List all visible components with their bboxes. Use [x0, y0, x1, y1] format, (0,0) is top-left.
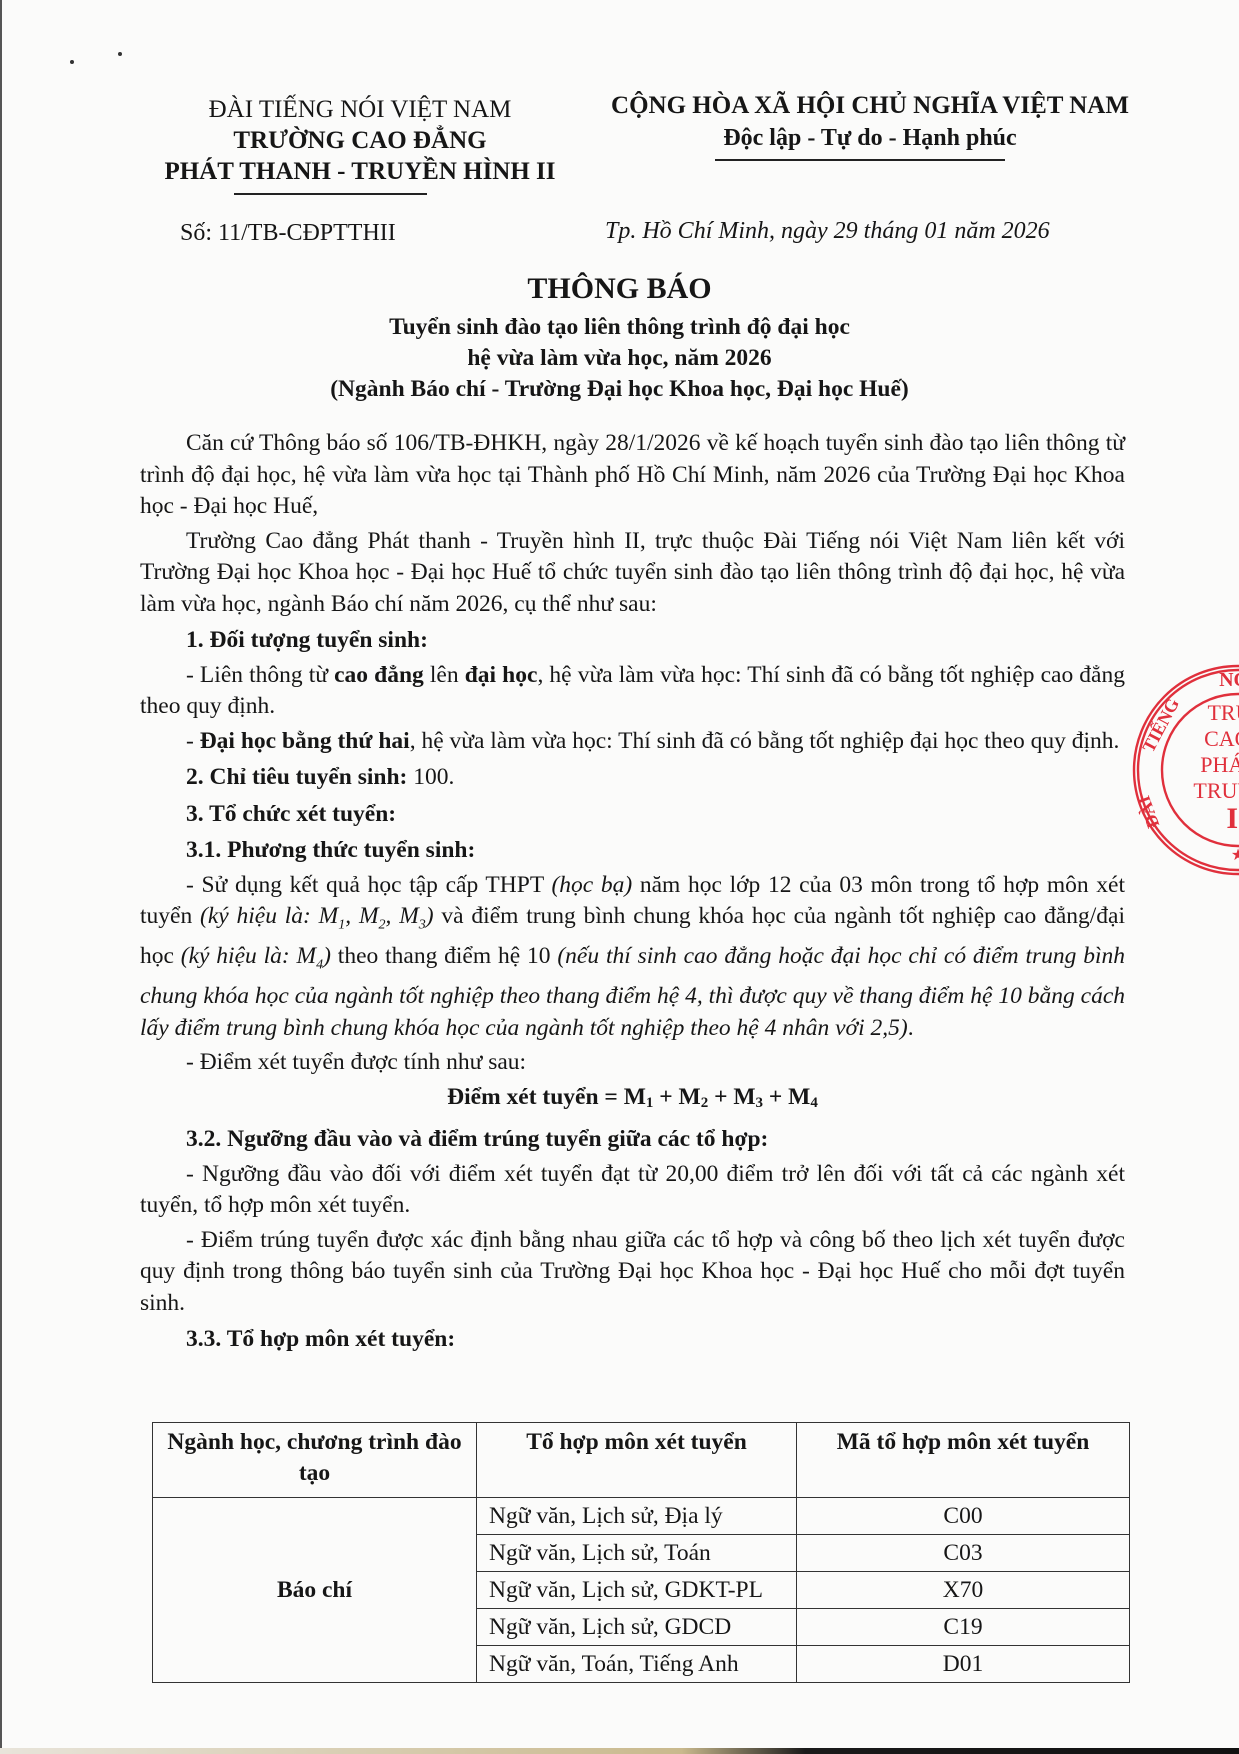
text-italic: (ký hiệu là: M4): [181, 943, 331, 969]
score-formula: Điểm xét tuyển = M1 + M2 + M3 + M4: [140, 1082, 1125, 1120]
document-subtitle: Tuyển sinh đào tạo liên thông trình độ đ…: [0, 312, 1239, 405]
national-title: CỘNG HÒA XÃ HỘI CHỦ NGHĨA VIỆT NAM: [570, 90, 1170, 122]
document-body: Căn cứ Thông báo số 106/TB-ĐHKH, ngày 28…: [140, 428, 1125, 1356]
table-row: Báo chíNgữ văn, Lịch sử, Địa lýC00: [153, 1498, 1130, 1535]
text: -: [186, 728, 200, 754]
code-cell: C03: [797, 1535, 1130, 1572]
subjects-cell: Ngữ văn, Lịch sử, GDKT-PL: [477, 1572, 797, 1609]
section-2-heading: 2. Chỉ tiêu tuyển sinh: 100.: [140, 762, 1125, 794]
table-header-row: Ngành học, chương trình đào tạo Tổ hợp m…: [153, 1423, 1130, 1498]
text-bold: cao đẳng: [334, 662, 424, 688]
code-cell: C19: [797, 1609, 1130, 1646]
threshold-item: - Ngưỡng đầu vào đối với điểm xét tuyển …: [140, 1159, 1125, 1222]
place-date: Tp. Hồ Chí Minh, ngày 29 tháng 01 năm 20…: [605, 218, 1050, 245]
section-1-heading: 1. Đối tượng tuyển sinh:: [140, 625, 1125, 657]
text-bold: Đại học bằng thứ hai: [200, 728, 410, 754]
issuer-school-line1: TRƯỜNG CAO ĐẲNG: [140, 125, 580, 156]
scan-edge: [0, 0, 2, 1754]
subjects-cell: Ngữ văn, Toán, Tiếng Anh: [477, 1646, 797, 1683]
section-3-1-heading: 3.1. Phương thức tuyển sinh:: [140, 835, 1125, 867]
document-page: ĐÀI TIẾNG NÓI VIỆT NAM TRƯỜNG CAO ĐẲNG P…: [0, 0, 1239, 1754]
header-underline: [234, 193, 427, 195]
national-header: CỘNG HÒA XÃ HỘI CHỦ NGHĨA VIỆT NAM Độc l…: [570, 90, 1170, 161]
code-cell: X70: [797, 1572, 1130, 1609]
issuer-parent-org: ĐÀI TIẾNG NÓI VIỆT NAM: [140, 94, 580, 125]
basis-paragraph: Căn cứ Thông báo số 106/TB-ĐHKH, ngày 28…: [140, 428, 1125, 523]
code-cell: D01: [797, 1646, 1130, 1683]
subjects-cell: Ngữ văn, Lịch sử, GDCD: [477, 1609, 797, 1646]
document-title: THÔNG BÁO: [0, 272, 1239, 306]
text: , hệ vừa làm vừa học: Thí sinh đã có bằn…: [410, 728, 1120, 754]
motto-underline: [715, 159, 1005, 161]
document-number: Số: 11/TB-CĐPTTHII: [180, 220, 396, 247]
eligibility-item: - Đại học bằng thứ hai, hệ vừa làm vừa h…: [140, 726, 1125, 758]
text: lên: [424, 662, 465, 688]
subtitle-line: (Ngành Báo chí - Trường Đại học Khoa học…: [0, 374, 1239, 405]
issuer-school-line2: PHÁT THANH - TRUYỀN HÌNH II: [140, 156, 580, 187]
issuer-header: ĐÀI TIẾNG NÓI VIỆT NAM TRƯỜNG CAO ĐẲNG P…: [140, 94, 580, 195]
text-italic: (ký hiệu là: M1, M2, M3): [200, 903, 434, 929]
column-header: Ngành học, chương trình đào tạo: [153, 1423, 477, 1498]
national-motto: Độc lập - Tự do - Hạnh phúc: [570, 122, 1170, 154]
method-paragraph: - Sử dụng kết quả học tập cấp THPT (học …: [140, 870, 1125, 1045]
major-cell: Báo chí: [153, 1498, 477, 1683]
svg-text:TRƯỜ: TRƯỜ: [1207, 700, 1239, 725]
svg-text:NÓI: NÓI: [1219, 667, 1239, 691]
svg-text:ĐÀI: ĐÀI: [1132, 793, 1163, 831]
heading-label: 2. Chỉ tiêu tuyển sinh:: [186, 764, 407, 790]
subtitle-line: Tuyển sinh đào tạo liên thông trình độ đ…: [0, 312, 1239, 343]
text: - Liên thông từ: [186, 662, 334, 688]
text: - Sử dụng kết quả học tập cấp THPT: [186, 872, 551, 898]
cutoff-item: - Điểm trúng tuyển được xác định bằng nh…: [140, 1225, 1125, 1320]
text: .: [908, 1015, 914, 1041]
scan-artifact: [70, 52, 130, 66]
formula-intro: - Điểm xét tuyển được tính như sau:: [140, 1047, 1125, 1079]
svg-text:II: II: [1226, 802, 1239, 835]
subjects-cell: Ngữ văn, Lịch sử, Toán: [477, 1535, 797, 1572]
text: theo thang điểm hệ 10: [331, 943, 557, 969]
code-cell: C00: [797, 1498, 1130, 1535]
svg-text:★: ★: [1231, 847, 1239, 864]
svg-text:CAO Đ: CAO Đ: [1204, 726, 1239, 751]
column-header: Mã tổ hợp môn xét tuyển: [797, 1423, 1130, 1498]
section-3-heading: 3. Tổ chức xét tuyển:: [140, 799, 1125, 831]
quota-value: 100.: [407, 764, 454, 790]
svg-text:TRUYỀN: TRUYỀN: [1193, 778, 1239, 803]
subject-combination-table: Ngành học, chương trình đào tạo Tổ hợp m…: [152, 1422, 1130, 1683]
subjects-cell: Ngữ văn, Lịch sử, Địa lý: [477, 1498, 797, 1535]
column-header: Tổ hợp môn xét tuyển: [477, 1423, 797, 1498]
text-bold: đại học: [465, 662, 538, 688]
text-italic: (học bạ): [551, 872, 632, 898]
scan-edge: [0, 1748, 1239, 1754]
section-3-2-heading: 3.2. Ngưỡng đầu vào và điểm trúng tuyển …: [140, 1124, 1125, 1156]
subtitle-line: hệ vừa làm vừa học, năm 2026: [0, 343, 1239, 374]
svg-text:PHÁT T: PHÁT T: [1200, 752, 1239, 777]
seal-icon: NÓITIẾNGĐÀITRƯỜCAO ĐPHÁT TTRUYỀNII★: [1128, 660, 1239, 880]
eligibility-item: - Liên thông từ cao đẳng lên đại học, hệ…: [140, 660, 1125, 723]
intro-paragraph: Trường Cao đẳng Phát thanh - Truyền hình…: [140, 526, 1125, 621]
official-seal-stamp: NÓITIẾNGĐÀITRƯỜCAO ĐPHÁT TTRUYỀNII★: [1128, 660, 1239, 880]
section-3-3-heading: 3.3. Tổ hợp môn xét tuyển:: [140, 1324, 1125, 1356]
